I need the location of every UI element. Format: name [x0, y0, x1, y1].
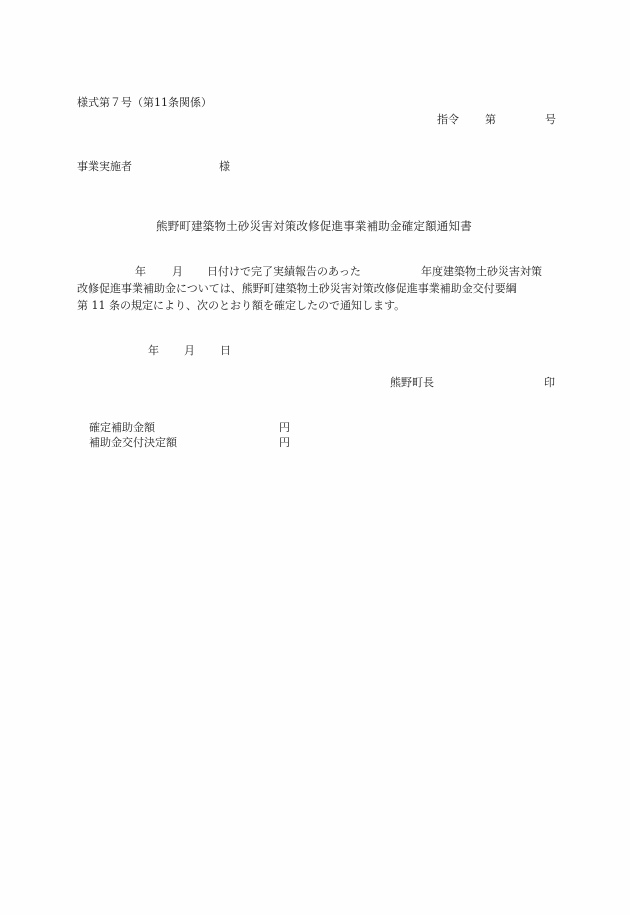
- document-title: 熊野町建築物土砂災害対策改修促進事業補助金確定額通知書: [156, 221, 472, 233]
- body-paragraph: 年 月 日付けで完了実績報告のあった 年度建築物土砂災害対策 改修促進事業補助金…: [77, 263, 557, 314]
- form-label: 様式第７号（第11条関係）: [77, 97, 212, 108]
- reference-prefix: 指令: [437, 114, 459, 125]
- amount-unit-decided: 円: [279, 437, 290, 448]
- recipient-suffix: 様: [219, 161, 230, 172]
- body-day-text: 日付けで完了実績報告のあった: [207, 263, 361, 280]
- date-month: 月: [184, 345, 195, 356]
- amount-unit-confirmed: 円: [279, 422, 290, 433]
- date-day: 日: [220, 345, 231, 356]
- amount-label-decided: 補助金交付決定額: [89, 437, 177, 448]
- reference-dai: 第: [485, 114, 496, 125]
- body-year: 年: [135, 263, 146, 280]
- issuer-seal: 印: [544, 377, 555, 388]
- body-line-2: 改修促進事業補助金については、熊野町建築物土砂災害対策改修促進事業補助金交付要綱: [77, 280, 557, 297]
- reference-go: 号: [545, 114, 556, 125]
- body-month: 月: [172, 263, 183, 280]
- recipient-label: 事業実施者: [77, 161, 132, 172]
- body-line-3: 第 11 条の規定により、次のとおり額を確定したので通知します。: [77, 297, 557, 314]
- body-fiscal-text: 年度建築物土砂災害対策: [421, 263, 542, 280]
- date-year: 年: [148, 345, 159, 356]
- amount-label-confirmed: 確定補助金額: [89, 422, 155, 433]
- issuer-name: 熊野町長: [390, 377, 434, 388]
- body-line-1: 年 月 日付けで完了実績報告のあった 年度建築物土砂災害対策: [77, 263, 557, 280]
